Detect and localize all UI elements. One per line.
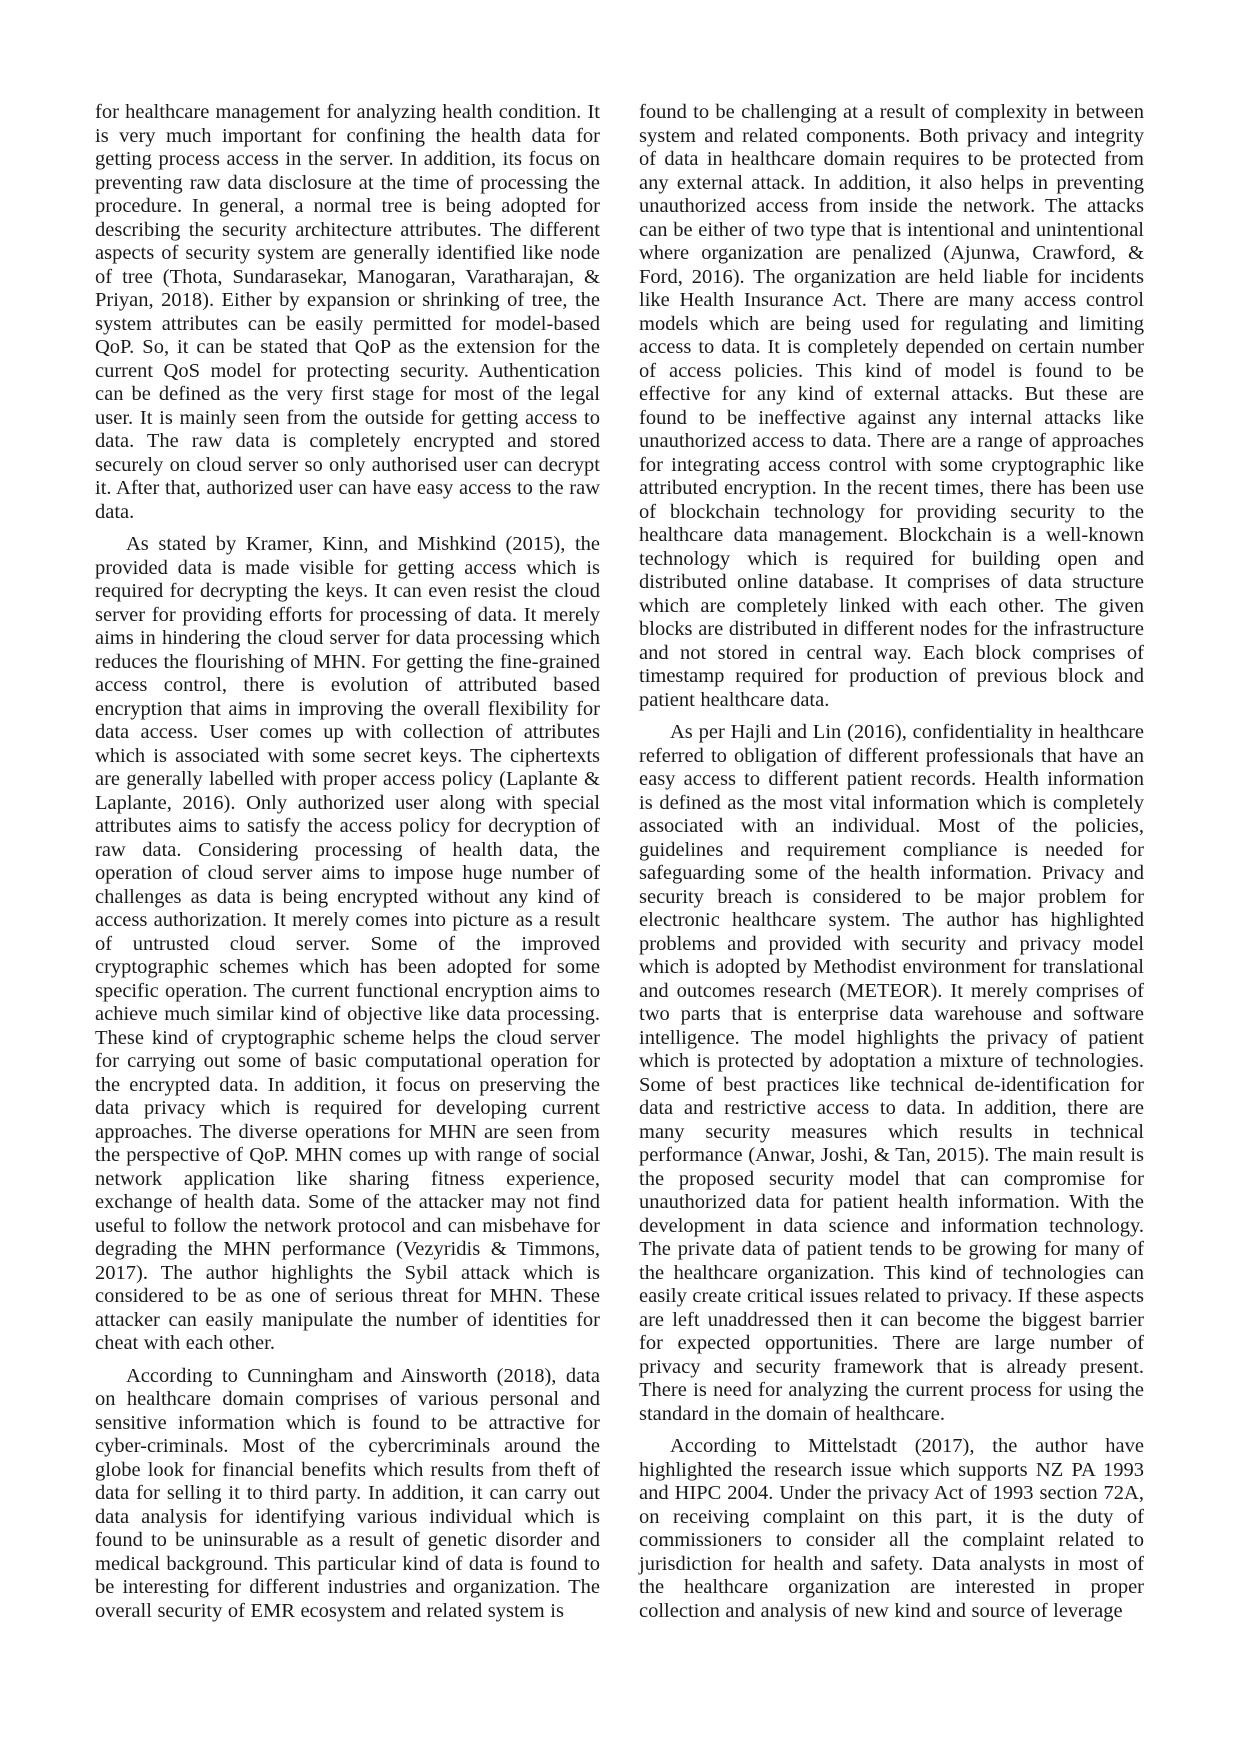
text-column-right: found to be challenging at a result of c… bbox=[639, 101, 1144, 1623]
paragraph-hajli-lin: As per Hajli and Lin (2016), confidentia… bbox=[639, 721, 1144, 1426]
paragraph-cunningham-ainsworth: According to Cunningham and Ainsworth (2… bbox=[95, 1365, 600, 1624]
paragraph-mittelstadt: According to Mittelstadt (2017), the aut… bbox=[639, 1435, 1144, 1623]
paragraph-continuation-left: for healthcare management for analyzing … bbox=[95, 101, 600, 524]
document-page: for healthcare management for analyzing … bbox=[0, 0, 1241, 1754]
paragraph-continuation-right: found to be challenging at a result of c… bbox=[639, 101, 1144, 712]
paragraph-kramer-kinn-mishkind: As stated by Kramer, Kinn, and Mishkind … bbox=[95, 533, 600, 1356]
text-column-left: for healthcare management for analyzing … bbox=[95, 101, 600, 1623]
